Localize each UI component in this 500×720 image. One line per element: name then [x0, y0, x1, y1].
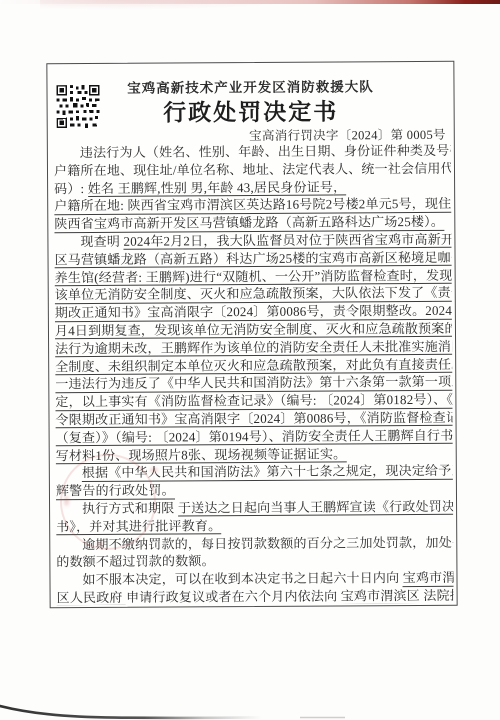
text-segment: 该单位无消防安全制度、灭火和应急疏散预案，大队依法下发了《责令限	[55, 285, 454, 304]
document-line: 法行为逾期未改，王鹏辉作为该单位的消防安全责任人未批准实施消防安	[55, 338, 452, 358]
text-segment: 码）:	[54, 181, 88, 196]
stamp-ink-dot	[64, 496, 69, 506]
document-line: 逾期不缴纳罚款的，每日按罚款数额的百分之三加处罚款，加处罚款	[56, 533, 453, 553]
document-line: 违法行为人（姓名、性别、年龄、出生日期、身份证件种类及号码、	[54, 142, 451, 162]
text-segment: 根据《中华人民共和国消防法》第六十七条之规定，现决定给予王鹏	[82, 463, 454, 482]
text-segment: 写材料1份、现场照片8张、现场视频等证据证实。	[56, 446, 347, 464]
stamp-ink-dot	[150, 468, 158, 473]
document-line: 区人民政府 申请行政复议或者在六个月内依法向 宝鸡市渭滨区 法院提	[57, 587, 454, 606]
text-segment: 法院提	[423, 588, 453, 603]
text-segment: 宝鸡市渭滨区	[341, 588, 424, 605]
text-segment: 如不服本决定，可以在收到本决定书之日起六十日内向	[82, 570, 402, 587]
page-curl-shadow	[0, 698, 360, 720]
scanned-page: 宝鸡高新技术产业开发区消防救援大队 行政处罚决定书 宝高消行罚决字〔2024〕第…	[0, 0, 500, 720]
text-segment: 于送达之日起向当事人王鹏辉宣读《行政处罚决定	[178, 499, 454, 517]
document-line: 定，以上事实有《消防监督检查记录》（编号: 〔2024〕第0182号）、《责	[55, 391, 452, 411]
document-line: 如不服本决定，可以在收到本决定书之日起六十日内向 宝鸡市渭滨	[56, 569, 453, 589]
text-segment: 违法行为人（姓名、性别、年龄、出生日期、身份证件种类及号码、	[80, 143, 454, 160]
text-segment: 户籍所在地: 陕西省宝鸡市渭滨区英达路16号院2号楼2单元5号，现住址:	[54, 196, 453, 215]
stamp-ink-dot	[96, 542, 103, 546]
text-segment: 逾期不缴纳罚款的，每日按罚款数额的百分之三加处罚款，加处罚款	[82, 534, 453, 551]
document-line: 户籍所在地、现住址/单位名称、地址、法定代表人、统一社会信用代	[54, 160, 451, 180]
text-segment: 申请行政复议或者在六个月内依法向	[126, 588, 341, 604]
document-body: 违法行为人（姓名、性别、年龄、出生日期、身份证件种类及号码、户籍所在地、现住址/…	[54, 142, 454, 605]
text-segment: 期改正通知书》宝高消限字〔2024〕第0086号，责令限期整改。2024年2	[55, 303, 454, 322]
text-segment: 全制度、未组织制定本单位灭火和应急疏散预案，对此负有直接责任。这	[55, 356, 453, 375]
document-line: 令限期改正通知书》宝高消限字〔2024〕第0086号，《消防监督检查记录	[55, 409, 452, 429]
text-segment: 陕西省宝鸡市高新开发区马营镇蟠龙路（高新五路科达广场25楼）。	[54, 214, 444, 233]
document-title: 行政处罚决定书	[48, 93, 454, 128]
text-segment: 户籍所在地、现住址/单位名称、地址、法定代表人、统一社会信用代	[54, 161, 454, 178]
text-segment: 现查明	[80, 234, 123, 249]
text-segment: 书》，并对其进行批评教育。	[56, 518, 221, 536]
text-segment: 养生馆(经营者: 王鹏辉)进行“双随机、一公开”消防监督检查时，发现	[55, 267, 453, 286]
document-line: 根据《中华人民共和国消防法》第六十七条之规定，现决定给予王鹏	[56, 462, 453, 482]
document-line: 现查明 2024年2月2日，我大队监督员对位于陕西省宝鸡市高新开发	[54, 231, 451, 251]
text-segment: 2024年2月2日，我大队监督员对位于陕西省宝鸡市高新开发	[123, 232, 453, 251]
penalty-decision-document: 宝鸡高新技术产业开发区消防救援大队 行政处罚决定书 宝高消行罚决字〔2024〕第…	[46, 61, 457, 608]
scan-smudge	[40, 0, 300, 10]
text-segment: 月4日到期复查，发现该单位无消防安全制度、灭火和应急疏散预案的违	[55, 321, 454, 340]
text-segment: 的数额不超过罚款的数额。	[56, 554, 214, 570]
text-segment: （复查）》（编号: 〔2024〕第0194号）、消防安全责任人王鹏辉自行书	[56, 428, 454, 447]
text-segment: 区人民政府	[57, 590, 127, 606]
text-segment: ，	[333, 179, 346, 196]
text-segment: 辉警告的行政处罚。	[56, 483, 175, 500]
text-segment: 执行方式和期限	[82, 500, 178, 516]
text-segment: 区马营镇蟠龙路（高新五路）科达广场25楼的宝鸡市高新区秘境足咖休闲	[54, 249, 453, 268]
document-line: 区马营镇蟠龙路（高新五路）科达广场25楼的宝鸡市高新区秘境足咖休闲	[54, 249, 451, 269]
document-line: 执行方式和期限 于送达之日起向当事人王鹏辉宣读《行政处罚决定	[56, 498, 453, 518]
text-segment: 定，以上事实有《消防监督检查记录》（编号: 〔2024〕第0182号）、《责	[55, 392, 453, 411]
document-line: 月4日到期复查，发现该单位无消防安全制度、灭火和应急疏散预案的违	[55, 320, 452, 340]
text-segment: 令限期改正通知书》宝高消限字〔2024〕第0086号，《消防监督检查记录	[55, 410, 453, 429]
text-segment: 姓名 王鹏辉,性别 男,年龄 43,居民身份证号	[88, 179, 333, 197]
text-segment: 宝鸡市渭滨	[403, 570, 454, 587]
text-segment: 一违法行为违反了《中华人民共和国消防法》第十六条第一款第一项之规	[55, 374, 453, 393]
text-segment: 法行为逾期未改，王鹏辉作为该单位的消防安全责任人未批准实施消防安	[55, 338, 454, 357]
document-line: （复查）》（编号: 〔2024〕第0194号）、消防安全责任人王鹏辉自行书	[56, 427, 453, 447]
